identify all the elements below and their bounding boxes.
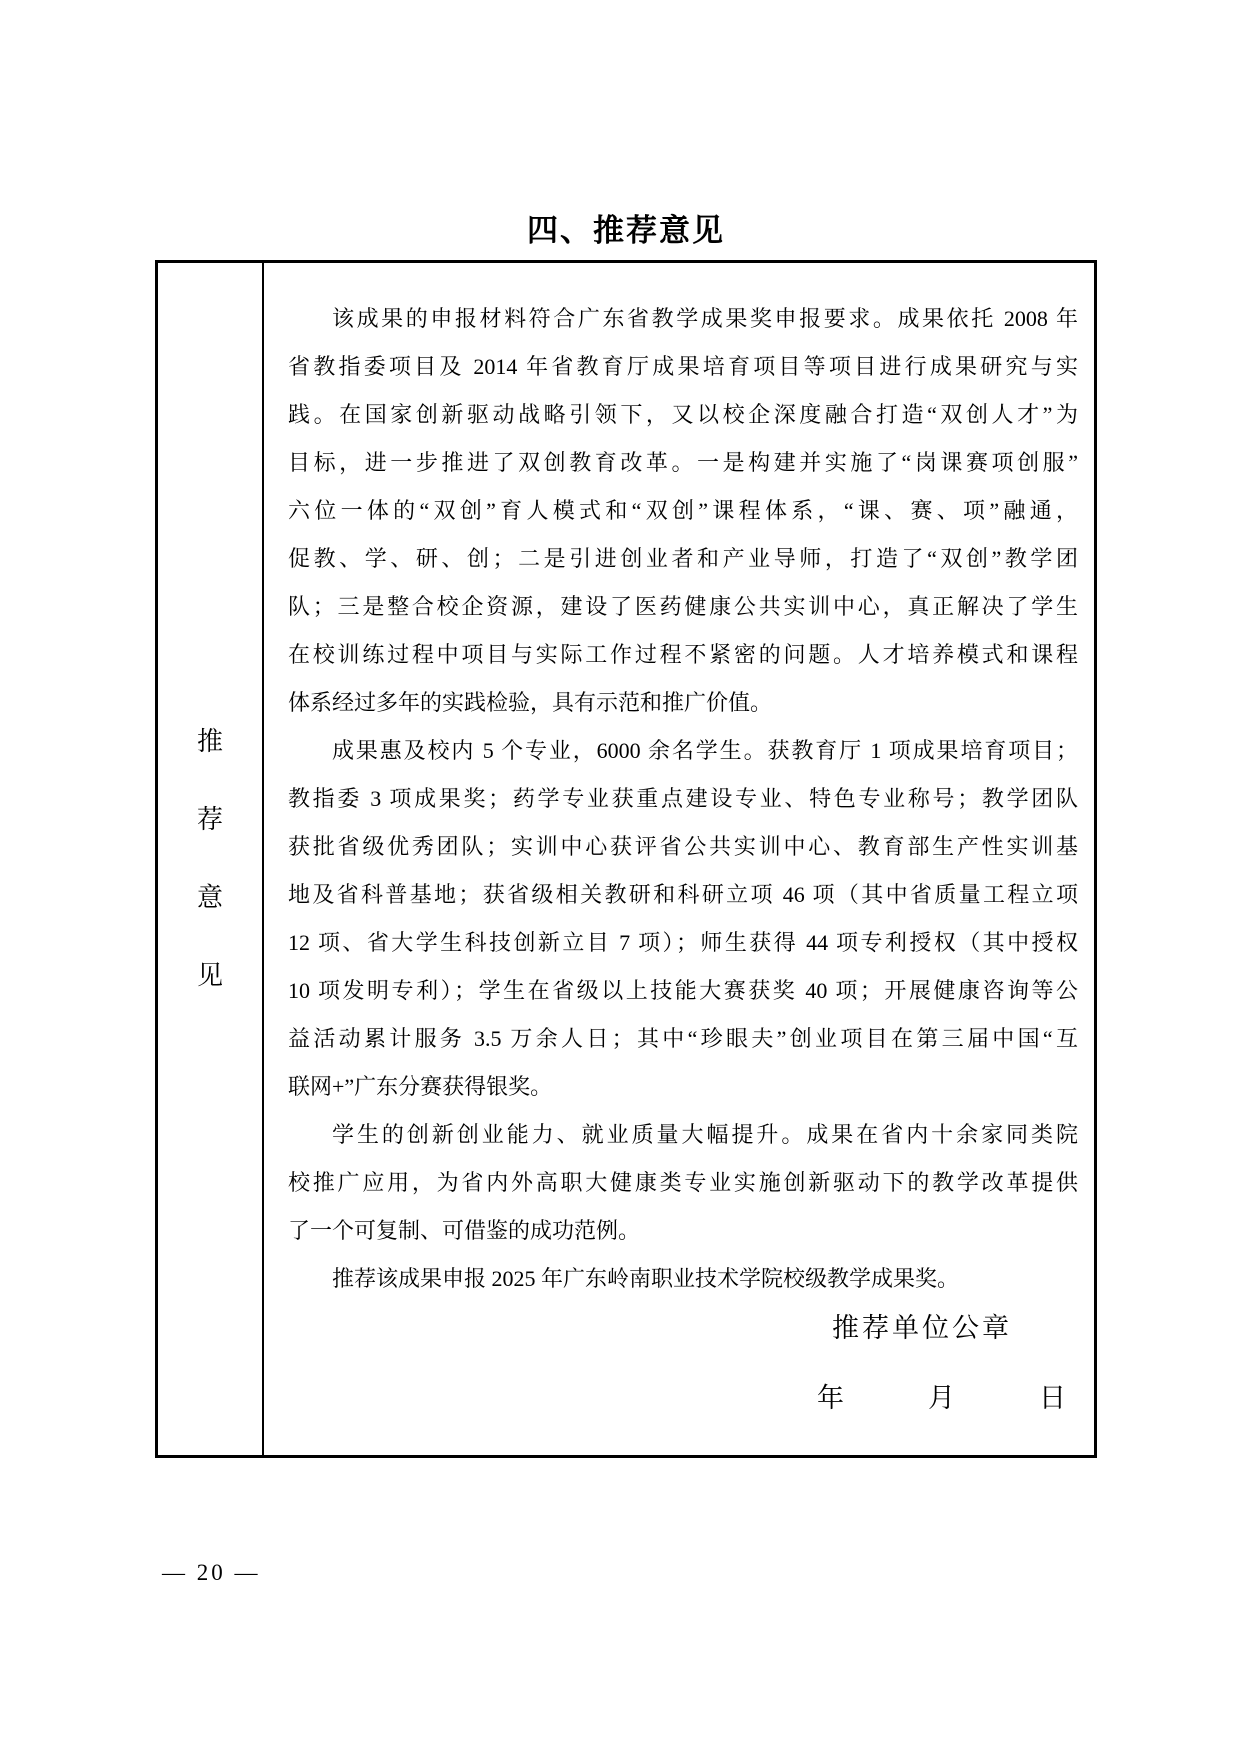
opinion-text-line: 地及省科普基地；获省级相关教研和科研立项 46 项（其中省质量工程立项 [288, 871, 1078, 919]
row-label-char: 意 [197, 884, 223, 912]
opinion-text-line: 联网+”广东分赛获得银奖。 [288, 1063, 1078, 1111]
opinion-text-line: 队；三是整合校企资源，建设了医药健康公共实训中心，真正解决了学生 [288, 583, 1078, 631]
opinion-text-line: 12 项、省大学生科技创新立目 7 项）；师生获得 44 项专利授权（其中授权 [288, 919, 1078, 967]
stamp-unit-seal-label: 推荐单位公章 [288, 1307, 1078, 1349]
opinion-text-line: 推荐该成果申报 2025 年广东岭南职业技术学院校级教学成果奖。 [288, 1255, 1078, 1303]
opinion-text-line: 了一个可复制、可借鉴的成功范例。 [288, 1207, 1078, 1255]
opinion-text-line: 体系经过多年的实践检验，具有示范和推广价值。 [288, 679, 1078, 727]
opinion-content-cell: 该成果的申报材料符合广东省教学成果奖申报要求。成果依托 2008 年省教指委项目… [264, 263, 1094, 1455]
page-number: — 20 — [162, 1560, 261, 1586]
opinion-paragraphs: 该成果的申报材料符合广东省教学成果奖申报要求。成果依托 2008 年省教指委项目… [288, 295, 1078, 1303]
opinion-text-line: 促教、学、研、创；二是引进创业者和产业导师，打造了“双创”教学团 [288, 535, 1078, 583]
opinion-text-line: 目标，进一步推进了双创教育改革。一是构建并实施了“岗课赛项创服” [288, 439, 1078, 487]
opinion-text-line: 六位一体的“双创”育人模式和“双创”课程体系，“课、赛、项”融通， [288, 487, 1078, 535]
opinion-text-line: 获批省级优秀团队；实训中心获评省公共实训中心、教育部生产性实训基 [288, 823, 1078, 871]
opinion-text-line: 成果惠及校内 5 个专业，6000 余名学生。获教育厅 1 项成果培育项目； [288, 727, 1078, 775]
date-day-label: 日 [1039, 1377, 1066, 1419]
opinion-text-line: 学生的创新创业能力、就业质量大幅提升。成果在省内十余家同类院 [288, 1111, 1078, 1159]
opinion-text-line: 教指委 3 项成果奖；药学专业获重点建设专业、特色专业称号；教学团队 [288, 775, 1078, 823]
recommendation-table: 推荐意见 该成果的申报材料符合广东省教学成果奖申报要求。成果依托 2008 年省… [155, 260, 1097, 1458]
opinion-text-line: 省教指委项目及 2014 年省教育厅成果培育项目等项目进行成果研究与实 [288, 343, 1078, 391]
opinion-text-line: 益活动累计服务 3.5 万余人日；其中“珍眼夫”创业项目在第三届中国“互 [288, 1015, 1078, 1063]
date-line: 年 月 日 [288, 1377, 1078, 1419]
date-year-label: 年 [817, 1377, 844, 1419]
row-label-cell: 推荐意见 [158, 263, 264, 1455]
opinion-text-line: 在校训练过程中项目与实际工作过程不紧密的问题。人才培养模式和课程 [288, 631, 1078, 679]
opinion-text-line: 校推广应用，为省内外高职大健康类专业实施创新驱动下的教学改革提供 [288, 1159, 1078, 1207]
opinion-text-line: 10 项发明专利）；学生在省级以上技能大赛获奖 40 项；开展健康咨询等公 [288, 967, 1078, 1015]
row-label-char: 见 [197, 962, 223, 990]
opinion-text-line: 践。在国家创新驱动战略引领下，又以校企深度融合打造“双创人才”为 [288, 391, 1078, 439]
document-page: 四、推荐意见 推荐意见 该成果的申报材料符合广东省教学成果奖申报要求。成果依托 … [0, 0, 1240, 1753]
section-title: 四、推荐意见 [155, 211, 1097, 251]
row-label-char: 推 [197, 728, 223, 756]
date-month-label: 月 [928, 1377, 955, 1419]
opinion-text-line: 该成果的申报材料符合广东省教学成果奖申报要求。成果依托 2008 年 [288, 295, 1078, 343]
row-label-char: 荐 [197, 806, 223, 834]
